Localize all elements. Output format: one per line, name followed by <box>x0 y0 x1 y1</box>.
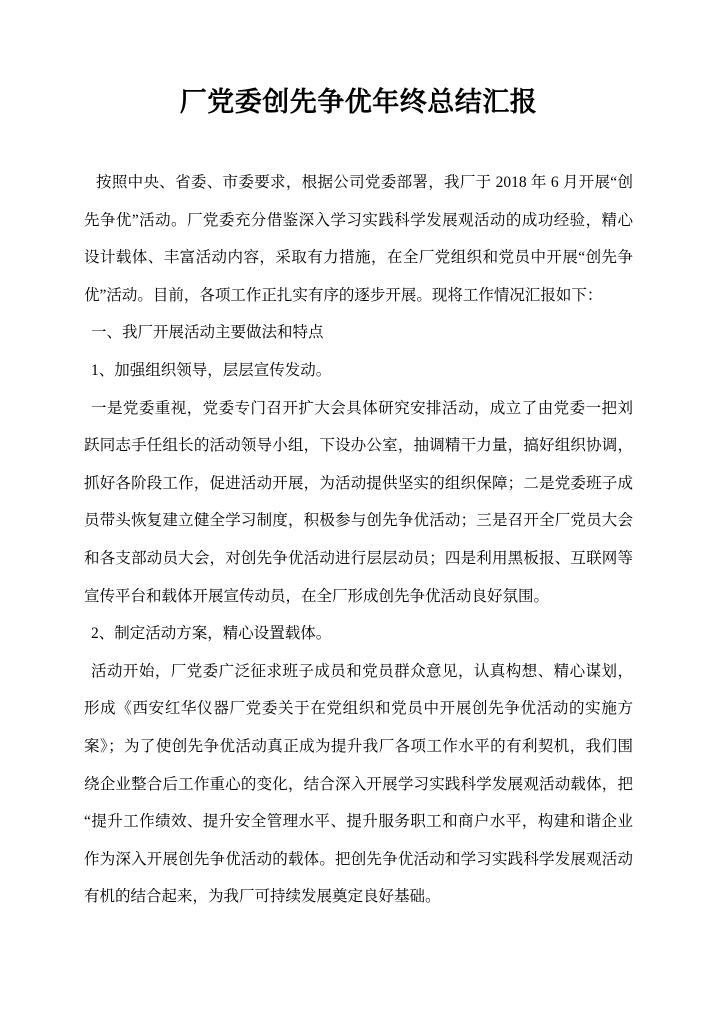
paragraph-1-line-1: 按照中央、省委、市委要求，根据公司党委部署，我厂于 2018 年 6 月开展“创 <box>84 164 633 202</box>
paragraph-4-line-3: 抓好各阶段工作，促进活动开展，为活动提供坚实的组织保障；二是党委班子成 <box>84 465 633 503</box>
document-content: 厂党委创先争优年终总结汇报 按照中央、省委、市委要求，根据公司党委部署，我厂于 … <box>0 0 721 916</box>
paragraph-4-line-4: 员带头恢复建立健全学习制度，积极参与创先争优活动；三是召开全厂党员大会 <box>84 502 633 540</box>
paragraph-5-line-1: 2、制定活动方案，精心设置载体。 <box>84 615 633 653</box>
paragraph-3-line-1: 1、加强组织领导，层层宣传发动。 <box>84 352 633 390</box>
paragraph-4-line-2: 跃同志手任组长的活动领导小组，下设办公室，抽调精干力量，搞好组织协调， <box>84 427 633 465</box>
paragraph-1-line-4: 优”活动。目前，各项工作正扎实有序的逐步开展。现将工作情况汇报如下： <box>84 277 633 315</box>
paragraph-6-line-1: 活动开始，厂党委广泛征求班子成员和党员群众意见，认真构想、精心谋划， <box>84 653 633 691</box>
paragraph-1-line-3: 设计载体、丰富活动内容，采取有力措施，在全厂党组织和党员中开展“创先争 <box>84 239 633 277</box>
paragraph-4-line-5: 和各支部动员大会，对创先争优活动进行层层动员；四是利用黑板报、互联网等 <box>84 540 633 578</box>
paragraph-6-line-4: 绕企业整合后工作重心的变化，结合深入开展学习实践科学发展观活动载体，把 <box>84 766 633 804</box>
paragraph-6-line-7: 有机的结合起来，为我厂可持续发展奠定良好基础。 <box>84 878 633 916</box>
document-body: 按照中央、省委、市委要求，根据公司党委部署，我厂于 2018 年 6 月开展“创… <box>84 164 633 916</box>
paragraph-6-line-3: 案》；为了使创先争优活动真正成为提升我厂各项工作水平的有利契机，我们围 <box>84 728 633 766</box>
document-page: 厂党委创先争优年终总结汇报 按照中央、省委、市委要求，根据公司党委部署，我厂于 … <box>0 0 721 1020</box>
document-title: 厂党委创先争优年终总结汇报 <box>84 0 633 118</box>
paragraph-4-line-6: 宣传平台和载体开展宣传动员，在全厂形成创先争优活动良好氛围。 <box>84 578 633 616</box>
paragraph-4-line-1: 一是党委重视，党委专门召开扩大会具体研究安排活动，成立了由党委一把刘 <box>84 390 633 428</box>
paragraph-6-line-2: 形成《西安红华仪器厂党委关于在党组织和党员中开展创先争优活动的实施方 <box>84 690 633 728</box>
paragraph-1-line-2: 先争优”活动。厂党委充分借鉴深入学习实践科学发展观活动的成功经验，精心 <box>84 202 633 240</box>
paragraph-2-line-1: 一、我厂开展活动主要做法和特点 <box>84 314 633 352</box>
paragraph-6-line-5: “提升工作绩效、提升安全管理水平、提升服务职工和商户水平，构建和谐企业 <box>84 803 633 841</box>
paragraph-6-line-6: 作为深入开展创先争优活动的载体。把创先争优活动和学习实践科学发展观活动 <box>84 841 633 879</box>
